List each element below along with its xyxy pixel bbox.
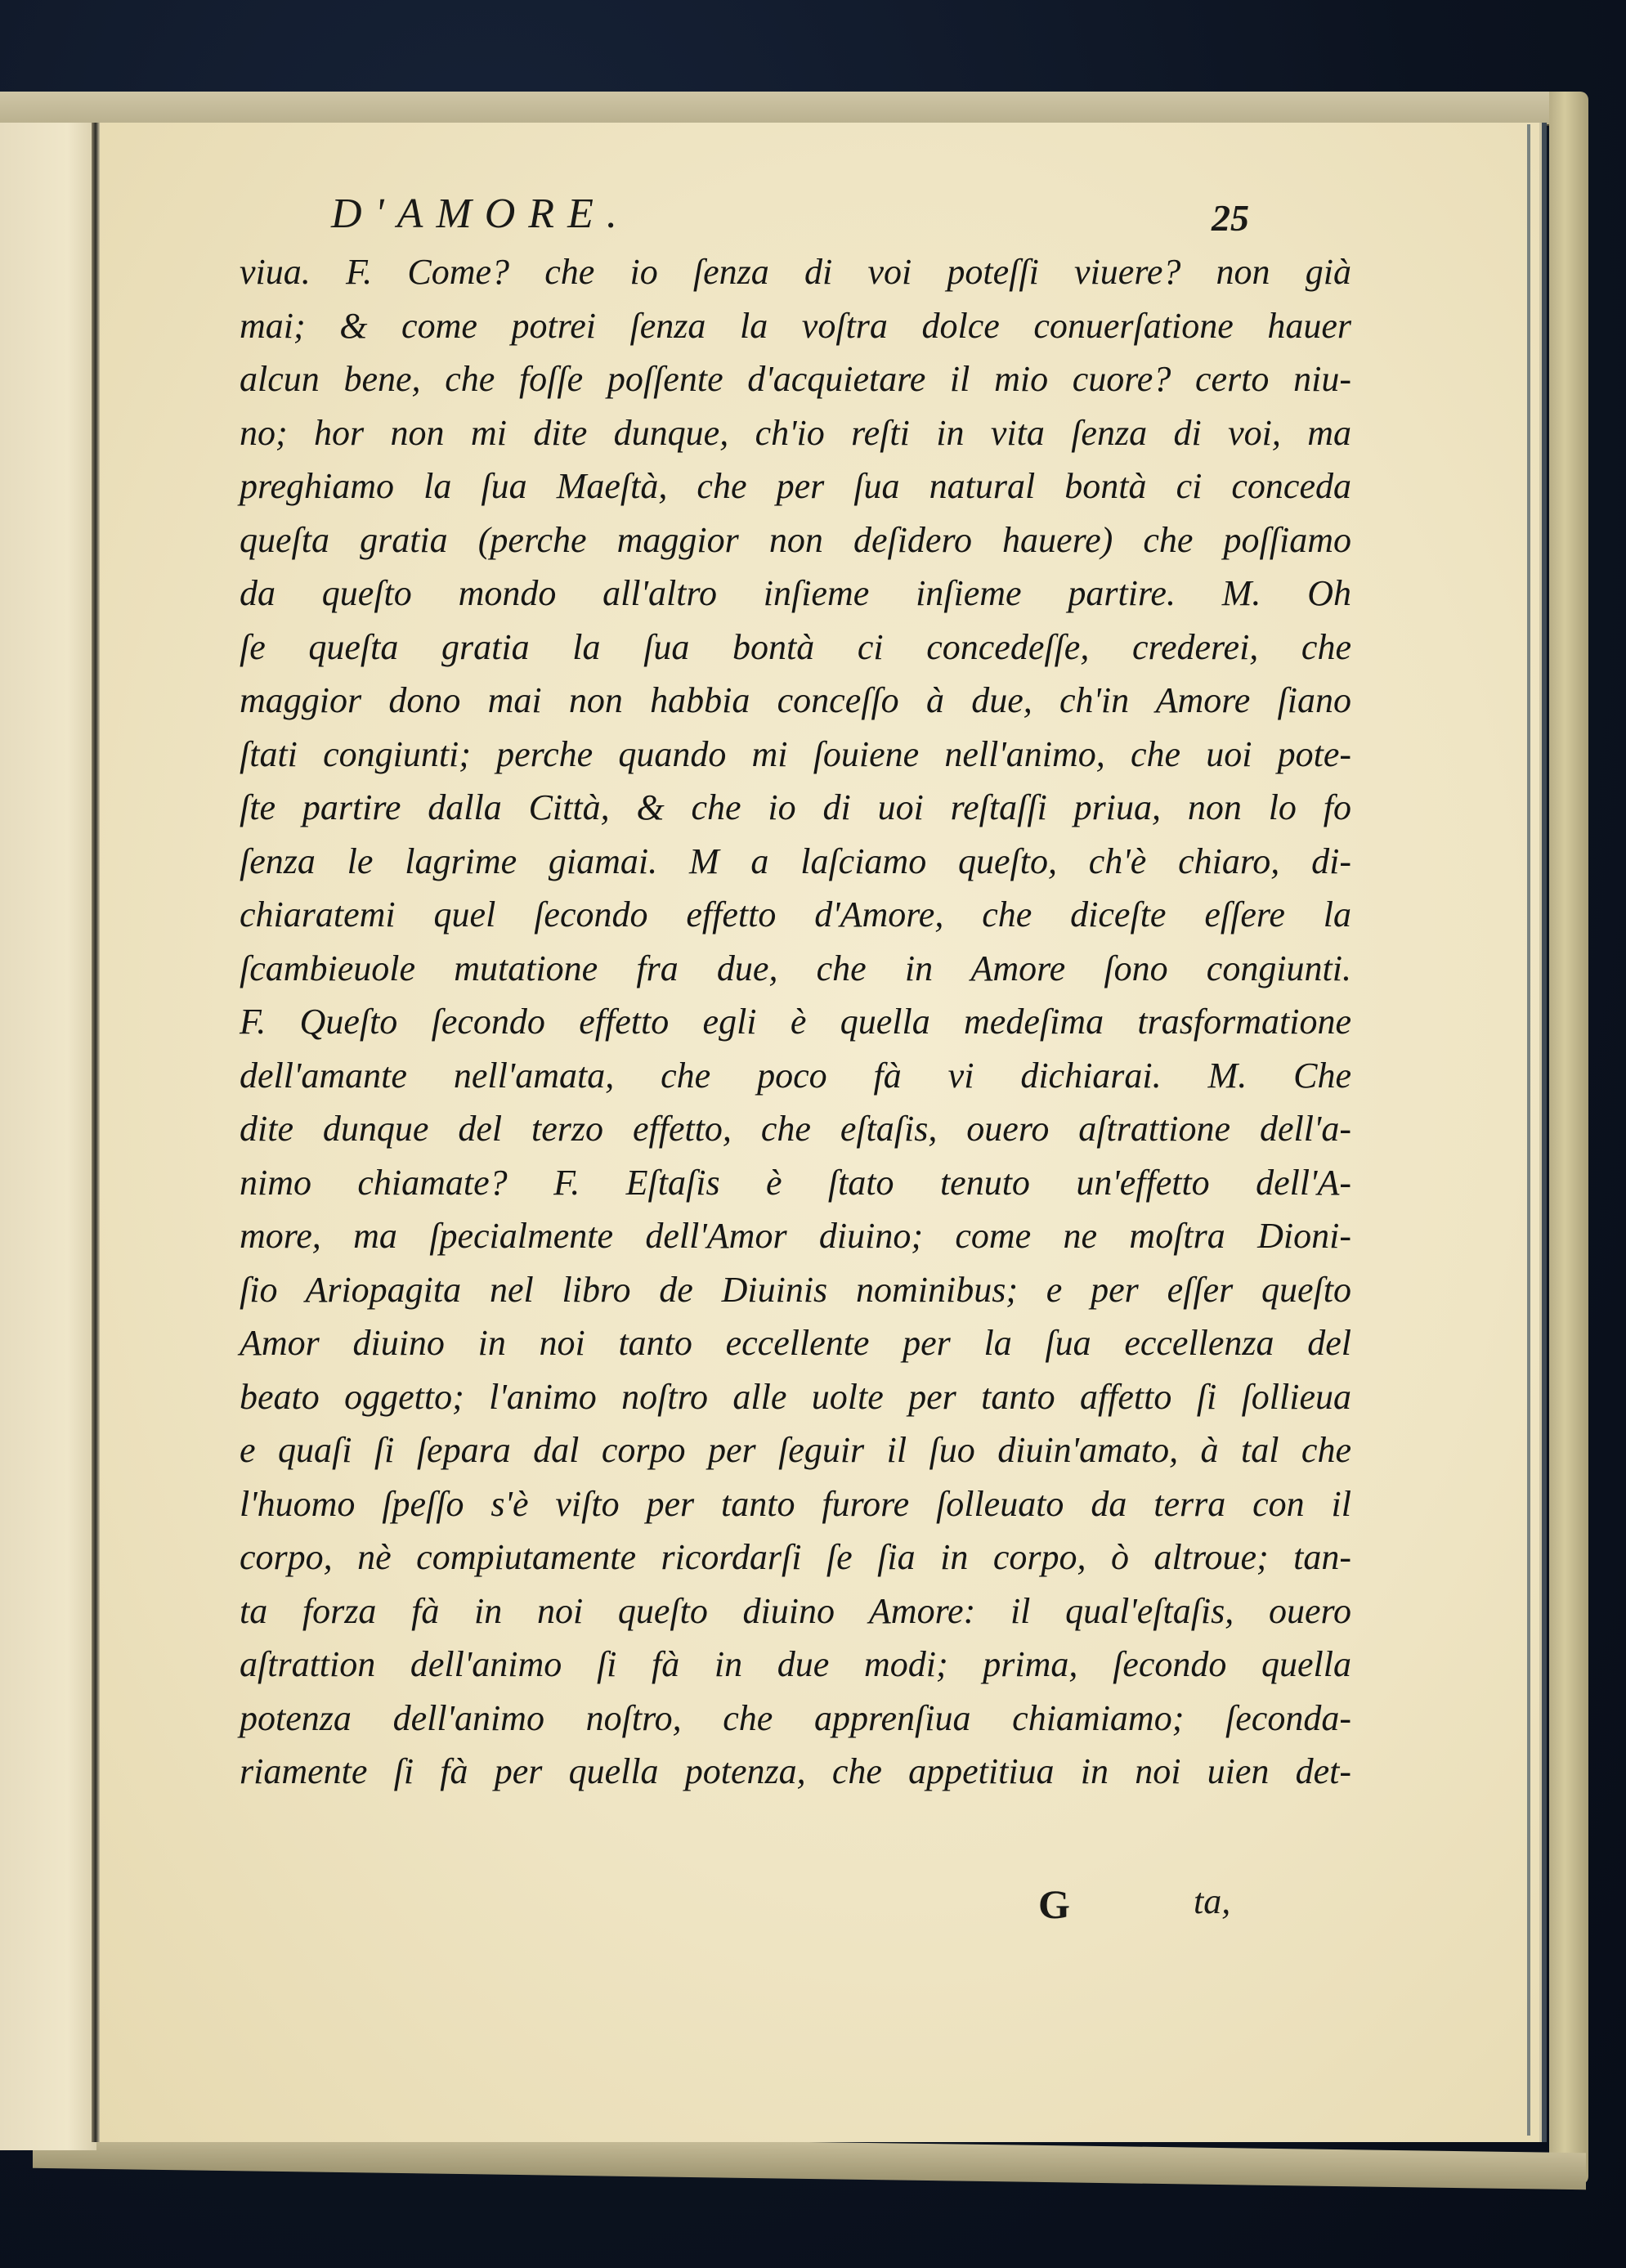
text-line: more, ma ſpecialmente dell'Amor diuino; … [240, 1209, 1351, 1263]
page-edge-shadow [1527, 124, 1530, 2136]
body-text: viua. F. Come? che io ſenza di voi poteſ… [240, 245, 1351, 1799]
text-line: no; hor non mi dite dunque, ch'io reſti … [240, 406, 1351, 460]
text-line: beato oggetto; l'animo noſtro alle uolte… [240, 1370, 1351, 1424]
text-line: dell'amante nell'amata, che poco fà vi d… [240, 1049, 1351, 1103]
text-line: aſtrattion dell'animo ſi fà in due modi;… [240, 1638, 1351, 1692]
text-line: dite dunque del terzo effetto, che eſtaſ… [240, 1102, 1351, 1156]
text-line: potenza dell'animo noſtro, che apprenſiu… [240, 1692, 1351, 1746]
text-line: viua. F. Come? che io ſenza di voi poteſ… [240, 245, 1351, 299]
book-cover-right-edge [1549, 92, 1588, 2185]
text-line: ta forza fà in noi queſto diuino Amore: … [240, 1584, 1351, 1638]
text-line: riamente ſi fà per quella potenza, che a… [240, 1745, 1351, 1799]
text-line: ſe queſta gratia la ſua bontà ci concede… [240, 621, 1351, 675]
text-line: ſte partire dalla Città, & che io di uoi… [240, 781, 1351, 835]
text-line: ſenza le lagrime giamai. M a laſciamo qu… [240, 835, 1351, 889]
text-line: l'huomo ſpeſſo s'è viſto per tanto furor… [240, 1477, 1351, 1531]
text-line: ſio Ariopagita nel libro de Diuinis nomi… [240, 1263, 1351, 1317]
text-line: preghiamo la ſua Maeſtà, che per ſua nat… [240, 459, 1351, 513]
book-gutter [92, 123, 100, 2142]
text-line: mai; & come potrei ſenza la voſtra dolce… [240, 299, 1351, 353]
text-line: F. Queſto ſecondo effetto egli è quella … [240, 995, 1351, 1049]
left-page-verso [0, 123, 96, 2150]
text-line: corpo, nè compiutamente ricordarſi ſe ſi… [240, 1531, 1351, 1584]
text-line: alcun bene, che foſſe poſſente d'acquiet… [240, 352, 1351, 406]
text-line: queſta gratia (perche maggior non deſide… [240, 513, 1351, 567]
signature-mark: G [1038, 1880, 1070, 1928]
running-head: D'AMORE. [331, 190, 630, 238]
page-number: 25 [1212, 196, 1249, 240]
text-line: e quaſi ſi ſepara dal corpo per ſeguir i… [240, 1423, 1351, 1477]
book-cover-top-edge [0, 92, 1553, 126]
text-line: ſtati congiunti; perche quando mi ſouien… [240, 728, 1351, 782]
text-line: maggior dono mai non habbia conceſſo à d… [240, 674, 1351, 728]
text-line: da queſto mondo all'altro inſieme inſiem… [240, 567, 1351, 621]
catchword: ta, [1194, 1880, 1230, 1922]
text-line: ſcambieuole mutatione fra due, che in Am… [240, 942, 1351, 996]
text-line: nimo chiamate? F. Eſtaſis è ſtato tenuto… [240, 1156, 1351, 1210]
text-line: Amor diuino in noi tanto eccellente per … [240, 1316, 1351, 1370]
text-line: chiaratemi quel ſecondo effetto d'Amore,… [240, 888, 1351, 942]
